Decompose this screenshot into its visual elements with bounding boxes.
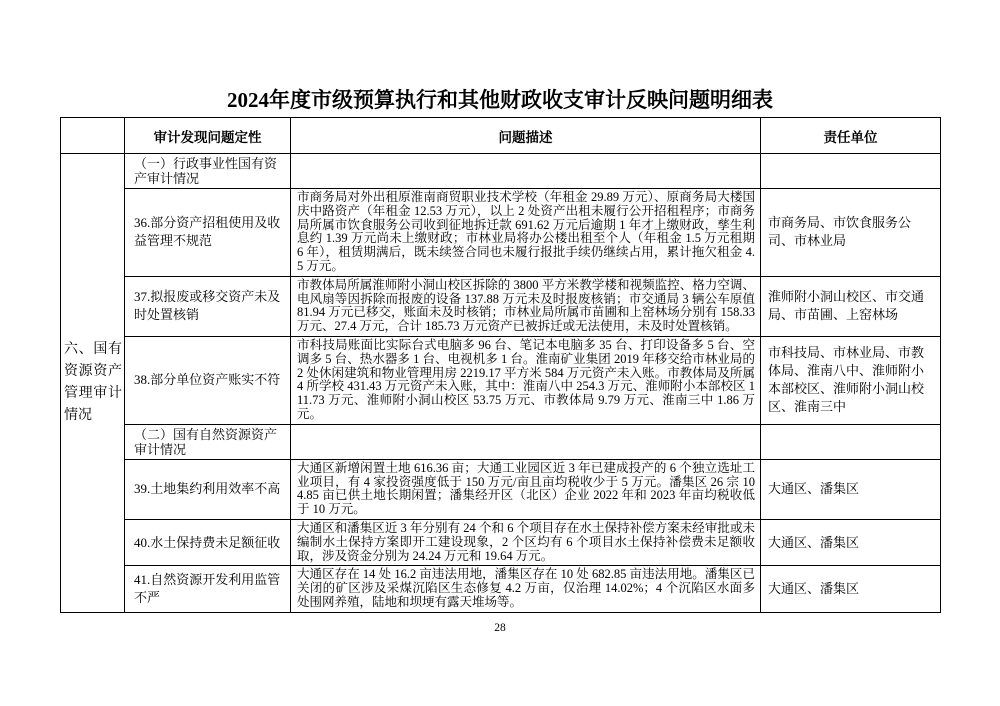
issue-title-cell: 36.部分资产招租使用及收益管理不规范 — [125, 189, 291, 277]
responsible-unit-cell: 市商务局、市饮食服务公司、市林业局 — [761, 189, 941, 277]
issue-title-cell: 40.水土保持费未足额征收 — [125, 519, 291, 565]
section-title-cell: （一）行政事业性国有资产审计情况 — [125, 154, 291, 189]
page-title: 2024年度市级预算执行和其他财政收支审计反映问题明细表 — [60, 88, 940, 112]
issue-description-cell: 市科技局账面比实际台式电脑多 96 台、笔记本电脑多 35 台、打印设备多 5 … — [291, 336, 761, 424]
audit-issues-table: 审计发现问题定性 问题描述 责任单位 六、国有资源资产管理审计情况（一）行政事业… — [60, 117, 941, 613]
header-category — [61, 118, 125, 154]
section-row: 六、国有资源资产管理审计情况（一）行政事业性国有资产审计情况 — [61, 154, 941, 189]
issue-title-cell: 41.自然资源开发利用监管不严 — [125, 566, 291, 612]
responsible-unit-cell: 淮师附小洞山校区、市交通局、市苗圃、上窑林场 — [761, 276, 941, 336]
section-row: （二）国有自然资源资产审计情况 — [61, 424, 941, 459]
header-description: 问题描述 — [291, 118, 761, 154]
category-cell: 六、国有资源资产管理审计情况 — [61, 154, 125, 613]
responsible-unit-cell — [761, 424, 941, 459]
document-page: 2024年度市级预算执行和其他财政收支审计反映问题明细表 审计发现问题定性 问题… — [0, 0, 1000, 706]
responsible-unit-cell — [761, 154, 941, 189]
issue-title-cell: 38.部分单位资产账实不符 — [125, 336, 291, 424]
issue-title-cell: 39.土地集约利用效率不高 — [125, 459, 291, 519]
category-label: 六、国有资源资产管理审计情况 — [64, 339, 122, 427]
issue-description-cell: 市商务局对外出租原淮南商贸职业技术学校（年租金 29.89 万元）、原商务局大楼… — [291, 189, 761, 277]
responsible-unit-cell: 市科技局、市林业局、市教体局、淮南八中、淮师附小本部校区、淮师附小洞山校区、淮南… — [761, 336, 941, 424]
header-row: 审计发现问题定性 问题描述 责任单位 — [61, 118, 941, 154]
page-number: 28 — [60, 622, 940, 634]
issue-description-cell: 市教体局所属淮师附小洞山校区拆除的 3800 平方米教学楼和视频监控、格力空调、… — [291, 276, 761, 336]
issue-description-cell: 大通区存在 14 处 16.2 亩违法用地，潘集区存在 10 处 682.85 … — [291, 566, 761, 612]
issue-description-cell — [291, 154, 761, 189]
issue-row: 37.拟报废或移交资产未及时处置核销市教体局所属淮师附小洞山校区拆除的 3800… — [61, 276, 941, 336]
issue-description-cell — [291, 424, 761, 459]
issue-description-cell: 大通区和潘集区近 3 年分别有 24 个和 6 个项目存在水土保持补偿方案未经审… — [291, 519, 761, 565]
issue-row: 40.水土保持费未足额征收大通区和潘集区近 3 年分别有 24 个和 6 个项目… — [61, 519, 941, 565]
issue-description-cell: 大通区新增闲置土地 616.36 亩；大通工业园区近 3 年已建成投产的 6 个… — [291, 459, 761, 519]
issue-title-cell: 37.拟报废或移交资产未及时处置核销 — [125, 276, 291, 336]
section-title-cell: （二）国有自然资源资产审计情况 — [125, 424, 291, 459]
responsible-unit-cell: 大通区、潘集区 — [761, 459, 941, 519]
header-issue: 审计发现问题定性 — [125, 118, 291, 154]
table-body: 六、国有资源资产管理审计情况（一）行政事业性国有资产审计情况36.部分资产招租使… — [61, 154, 941, 613]
responsible-unit-cell: 大通区、潘集区 — [761, 519, 941, 565]
issue-row: 39.土地集约利用效率不高大通区新增闲置土地 616.36 亩；大通工业园区近 … — [61, 459, 941, 519]
responsible-unit-cell: 大通区、潘集区 — [761, 566, 941, 612]
issue-row: 41.自然资源开发利用监管不严大通区存在 14 处 16.2 亩违法用地，潘集区… — [61, 566, 941, 612]
header-unit: 责任单位 — [761, 118, 941, 154]
issue-row: 36.部分资产招租使用及收益管理不规范市商务局对外出租原淮南商贸职业技术学校（年… — [61, 189, 941, 277]
issue-row: 38.部分单位资产账实不符市科技局账面比实际台式电脑多 96 台、笔记本电脑多 … — [61, 336, 941, 424]
